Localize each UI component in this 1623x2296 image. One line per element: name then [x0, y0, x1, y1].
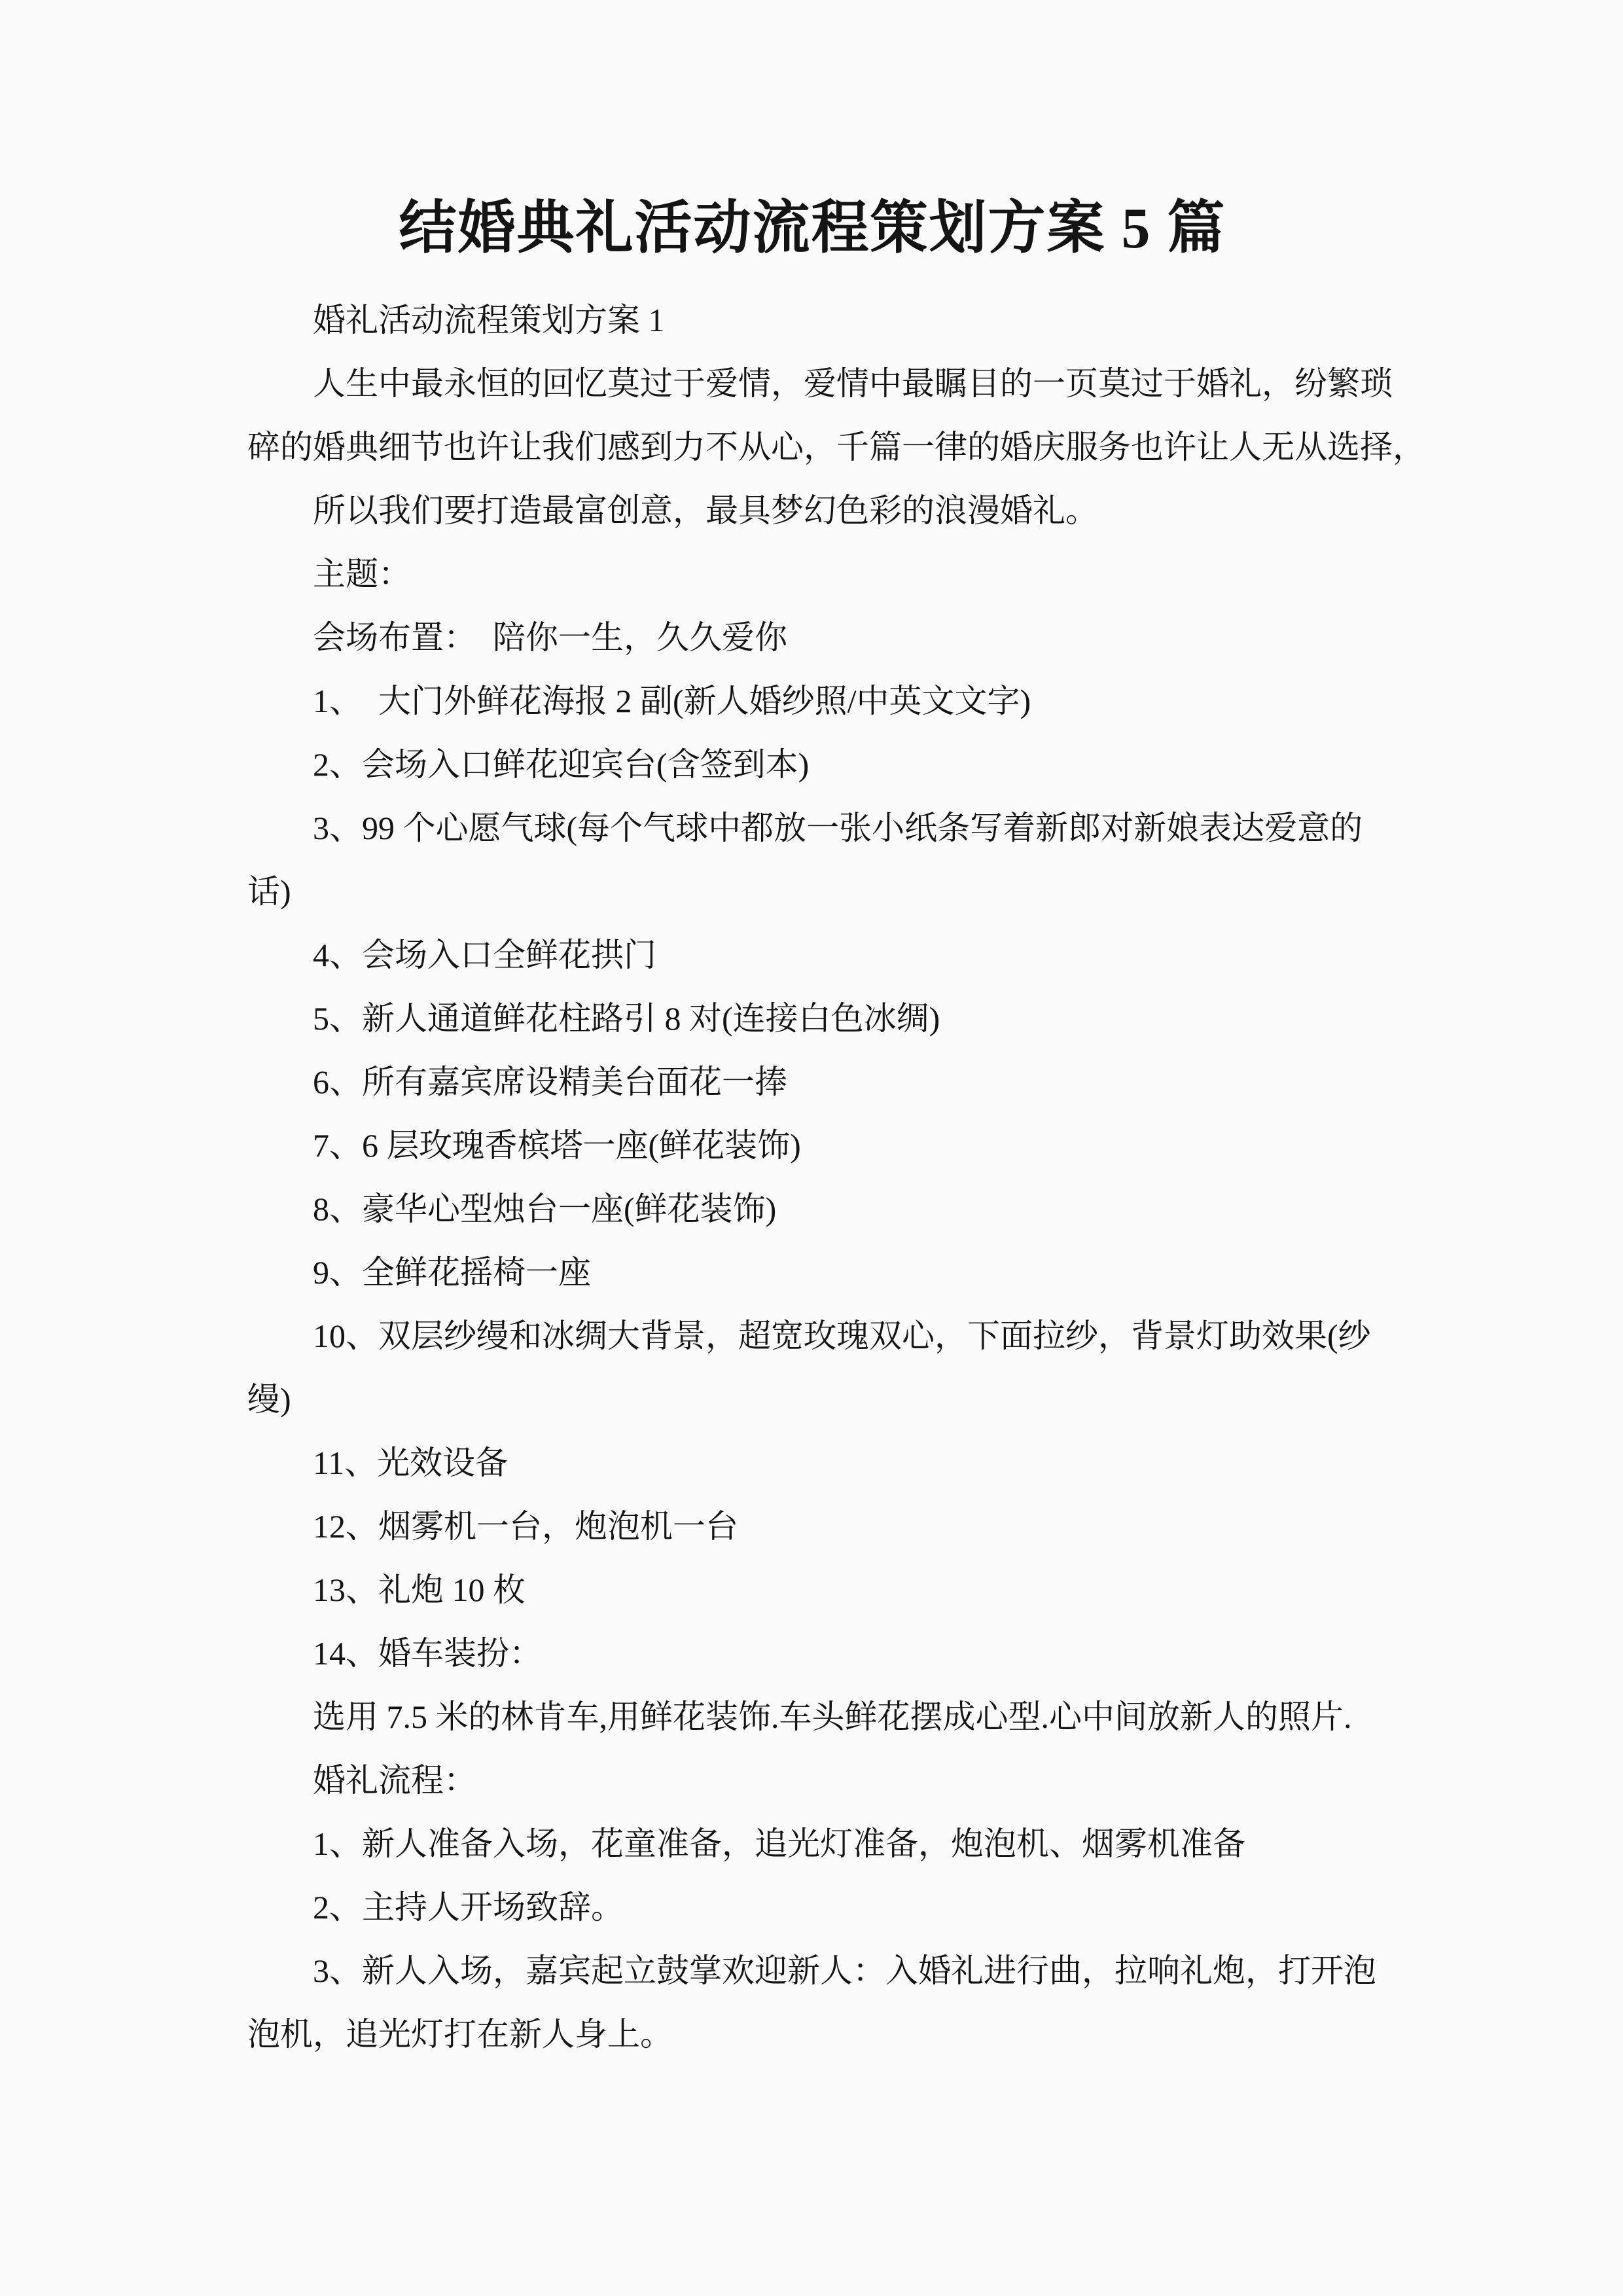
text-line: 婚礼活动流程策划方案 1	[247, 289, 1378, 352]
text-line: 会场布置： 陪你一生，久久爱你	[247, 606, 1378, 670]
text-line: 话)	[247, 860, 1378, 924]
text-line: 3、99 个心愿气球(每个气球中都放一张小纸条写着新郎对新娘表达爱意的	[247, 797, 1378, 860]
text-line: 4、会场入口全鲜花拱门	[247, 924, 1378, 987]
text-line: 泡机，追光灯打在新人身上。	[247, 2003, 1378, 2066]
text-line: 5、新人通道鲜花柱路引 8 对(连接白色冰绸)	[247, 987, 1378, 1050]
text-line: 9、全鲜花摇椅一座	[247, 1241, 1378, 1304]
text-line: 婚礼流程：	[247, 1749, 1378, 1812]
document-body: 婚礼活动流程策划方案 1人生中最永恒的回忆莫过于爱情，爱情中最瞩目的一页莫过于婚…	[247, 289, 1378, 2066]
text-line: 12、烟雾机一台，炮泡机一台	[247, 1495, 1378, 1558]
text-line: 主题：	[247, 543, 1378, 606]
text-line: 3、新人入场，嘉宾起立鼓掌欢迎新人：入婚礼进行曲，拉响礼炮，打开泡	[247, 1939, 1378, 2003]
text-line: 碎的婚典细节也许让我们感到力不从心，千篇一律的婚庆服务也许让人无从选择，	[247, 416, 1378, 479]
text-line: 14、婚车装扮：	[247, 1622, 1378, 1685]
text-line: 缦)	[247, 1368, 1378, 1431]
text-line: 13、礼炮 10 枚	[247, 1558, 1378, 1622]
document-title: 结婚典礼活动流程策划方案 5 篇	[247, 193, 1378, 265]
text-line: 1、 大门外鲜花海报 2 副(新人婚纱照/中英文文字)	[247, 670, 1378, 733]
text-line: 2、会场入口鲜花迎宾台(含签到本)	[247, 733, 1378, 797]
text-line: 所以我们要打造最富创意，最具梦幻色彩的浪漫婚礼。	[247, 479, 1378, 543]
text-line: 11、光效设备	[247, 1431, 1378, 1495]
text-line: 人生中最永恒的回忆莫过于爱情，爱情中最瞩目的一页莫过于婚礼，纷繁琐	[247, 352, 1378, 416]
document-page: 结婚典礼活动流程策划方案 5 篇 婚礼活动流程策划方案 1人生中最永恒的回忆莫过…	[0, 0, 1623, 2296]
text-line: 10、双层纱缦和冰绸大背景，超宽玫瑰双心，下面拉纱，背景灯助效果(纱	[247, 1304, 1378, 1368]
text-line: 选用 7.5 米的林肯车,用鲜花装饰.车头鲜花摆成心型.心中间放新人的照片.	[247, 1685, 1378, 1749]
text-line: 2、主持人开场致辞。	[247, 1876, 1378, 1939]
text-line: 8、豪华心型烛台一座(鲜花装饰)	[247, 1177, 1378, 1241]
text-line: 1、新人准备入场，花童准备，追光灯准备，炮泡机、烟雾机准备	[247, 1812, 1378, 1876]
document-content: 结婚典礼活动流程策划方案 5 篇 婚礼活动流程策划方案 1人生中最永恒的回忆莫过…	[247, 193, 1378, 2066]
text-line: 6、所有嘉宾席设精美台面花一捧	[247, 1050, 1378, 1114]
text-line: 7、6 层玫瑰香槟塔一座(鲜花装饰)	[247, 1114, 1378, 1177]
